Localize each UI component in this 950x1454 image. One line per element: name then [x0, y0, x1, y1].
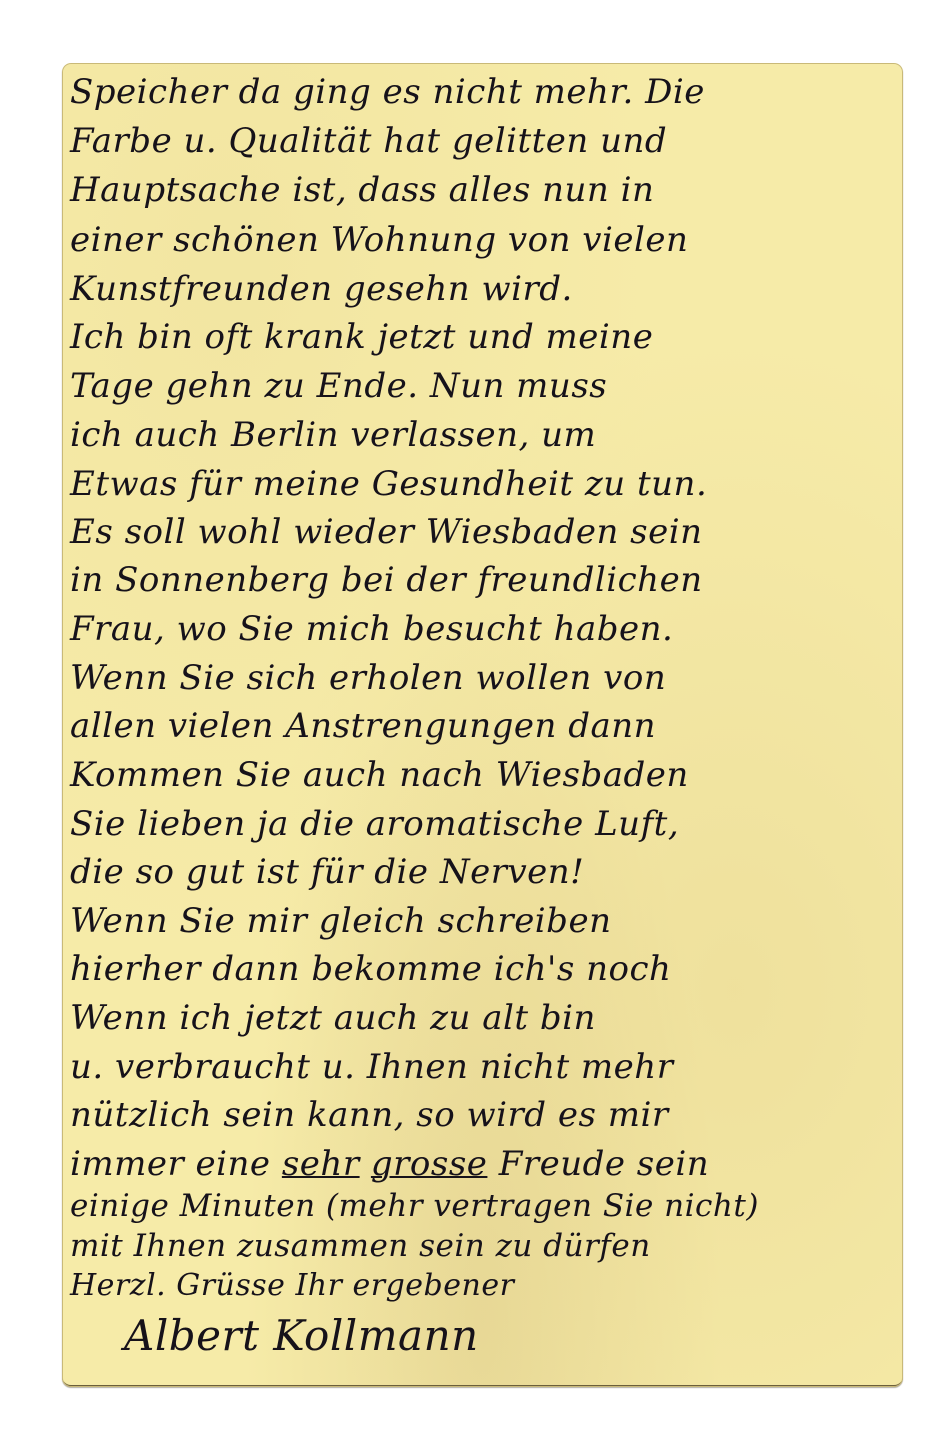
underlined-word: sehr — [282, 1144, 360, 1184]
letter-line: Ich bin oft krank jetzt und meine — [70, 320, 653, 354]
letter-line: die so gut ist für die Nerven! — [70, 855, 584, 889]
letter-line: hierher dann bekomme ich's noch — [70, 952, 671, 986]
letter-line: ich auch Berlin verlassen, um — [70, 418, 596, 452]
letter-line: Wenn ich jetzt auch zu alt bin — [70, 1001, 596, 1035]
letter-line: Wenn Sie sich erholen wollen von — [70, 661, 666, 695]
letter-line: einer schönen Wohnung von vielen — [70, 223, 688, 257]
letter-line: Hauptsache ist, dass alles nun in — [70, 173, 654, 207]
letter-line: Etwas für meine Gesundheit zu tun. — [70, 467, 707, 501]
letter-line: Sie lieben ja die aromatische Luft, — [70, 807, 679, 841]
letter-line: Farbe u. Qualität hat gelitten und — [70, 124, 667, 158]
letter-line: nützlich sein kann, so wird es mir — [70, 1098, 669, 1132]
letter-line: Kommen Sie auch nach Wiesbaden — [70, 758, 689, 792]
letter-line: Frau, wo Sie mich besucht haben. — [70, 612, 673, 646]
handwritten-letter-body: Speicher da ging es nicht mehr. Die Farb… — [62, 63, 903, 1387]
letter-line: u. verbraucht u. Ihnen nicht mehr — [70, 1050, 673, 1084]
letter-line: Tage gehn zu Ende. Nun muss — [70, 369, 607, 403]
letter-line: einige Minuten (mehr vertragen Sie nicht… — [70, 1191, 759, 1222]
letter-line: Speicher da ging es nicht mehr. Die — [70, 75, 705, 109]
underlined-word: grosse — [371, 1144, 488, 1184]
letter-line-emphasis: immer eine sehr grosse Freude sein — [70, 1147, 709, 1181]
letter-line-closing: Herzl. Grüsse Ihr ergebener — [70, 1271, 514, 1301]
letter-line: mit Ihnen zusammen sein zu dürfen — [70, 1231, 651, 1262]
letter-line: in Sonnenberg bei der freundlichen — [70, 563, 703, 597]
letter-line: Wenn Sie mir gleich schreiben — [70, 904, 611, 938]
signature: Albert Kollmann — [124, 1315, 479, 1357]
postcard: Speicher da ging es nicht mehr. Die Farb… — [62, 63, 903, 1387]
letter-line: Kunstfreunden gesehn wird. — [70, 272, 573, 306]
letter-line: Es soll wohl wieder Wiesbaden sein — [70, 515, 703, 549]
letter-line: allen vielen Anstrengungen dann — [70, 709, 656, 743]
